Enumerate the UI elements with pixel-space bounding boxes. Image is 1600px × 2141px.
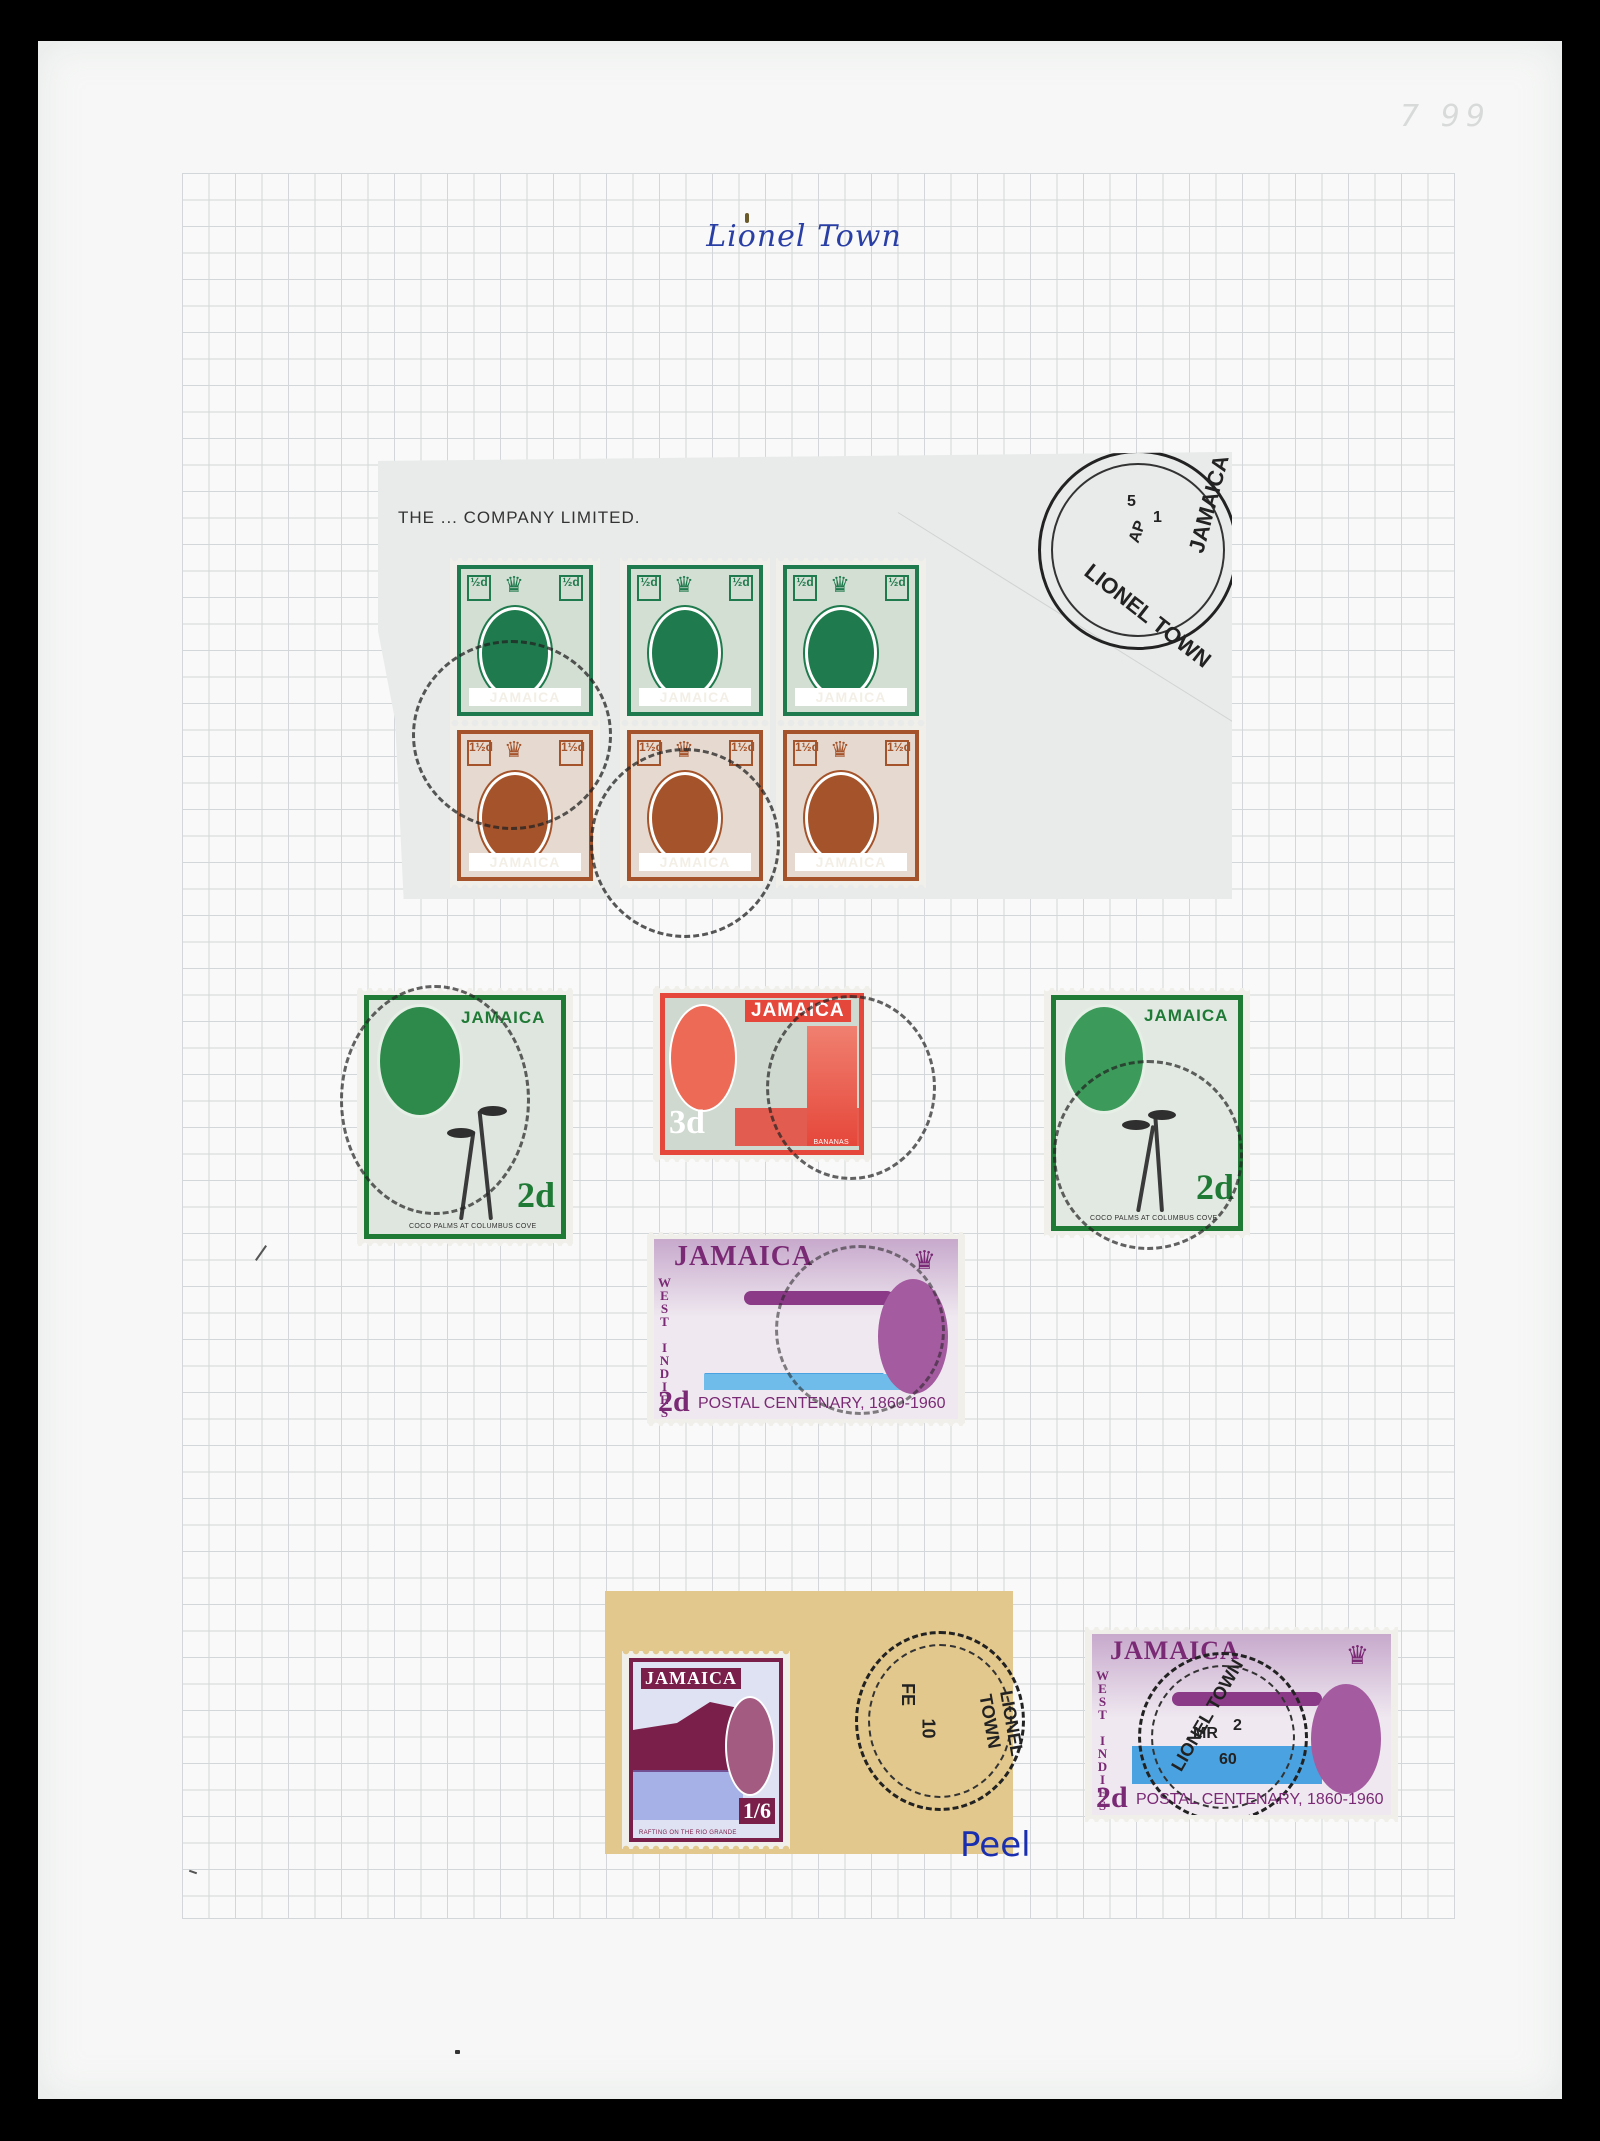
stamp-kgvi-three-halfpence: 1½d ♛ 1½d JAMAICA [776, 723, 926, 888]
cover-postmark: LIONEL TOWN JAMAICA AP 1 5 [1038, 450, 1238, 650]
crown-icon: ♛ [827, 740, 853, 760]
postmark-centenary-stamp [775, 1245, 945, 1415]
stamp-country: JAMAICA [795, 853, 907, 871]
king-portrait [649, 607, 721, 699]
block-postmark [412, 640, 612, 830]
king-portrait [805, 772, 877, 864]
stamp-2d-postal-centenary-2: JAMAICA WEST INDIES ♛ LIONEL TOWN MR 2 6… [1085, 1627, 1398, 1822]
postmark-date-day: 1 [1153, 509, 1162, 527]
crown-icon: ♛ [501, 575, 527, 595]
stamp-country: JAMAICA [469, 853, 581, 871]
postmark-date-day: 10 [918, 1718, 939, 1738]
postmark-date-year: 5 [1127, 493, 1136, 511]
stamp-kgvi-halfpenny: ½d ♛ ½d JAMAICA [776, 558, 926, 723]
speck [455, 2050, 460, 2054]
king-portrait [805, 607, 877, 699]
postmark-date-month: FE [897, 1683, 918, 1706]
block-postmark [590, 748, 780, 938]
postmark-right-stamp [1053, 1060, 1243, 1250]
crown-icon: ♛ [827, 575, 853, 595]
postmark-3d-stamp [766, 995, 936, 1180]
cover-imprint: THE ... COMPANY LIMITED. [398, 508, 641, 528]
page-heading: Lionel Town [38, 219, 1562, 254]
heading-text: Lionel Town [706, 219, 902, 254]
stamp-1s6-rafting: JAMAICA 1/6 RAFTING ON THE RIO GRANDE [622, 1651, 790, 1849]
stamp-kgvi-halfpenny: ½d ♛ ½d JAMAICA [620, 558, 770, 723]
stamp-country: JAMAICA [795, 688, 907, 706]
pencil-page-note: 7 99 [1400, 99, 1491, 134]
piece-postmark: LIONEL TOWN FE 10 [855, 1631, 1025, 1811]
crown-icon: ♛ [671, 575, 697, 595]
stamp-country: JAMAICA [639, 688, 751, 706]
postmark-left-stamp [340, 985, 530, 1215]
margin-note-peel: Peel [960, 1825, 1031, 1865]
stamp-piece-1s6: LIONEL TOWN FE 10 JAMAICA 1/6 RAFTING ON… [605, 1591, 1013, 1854]
